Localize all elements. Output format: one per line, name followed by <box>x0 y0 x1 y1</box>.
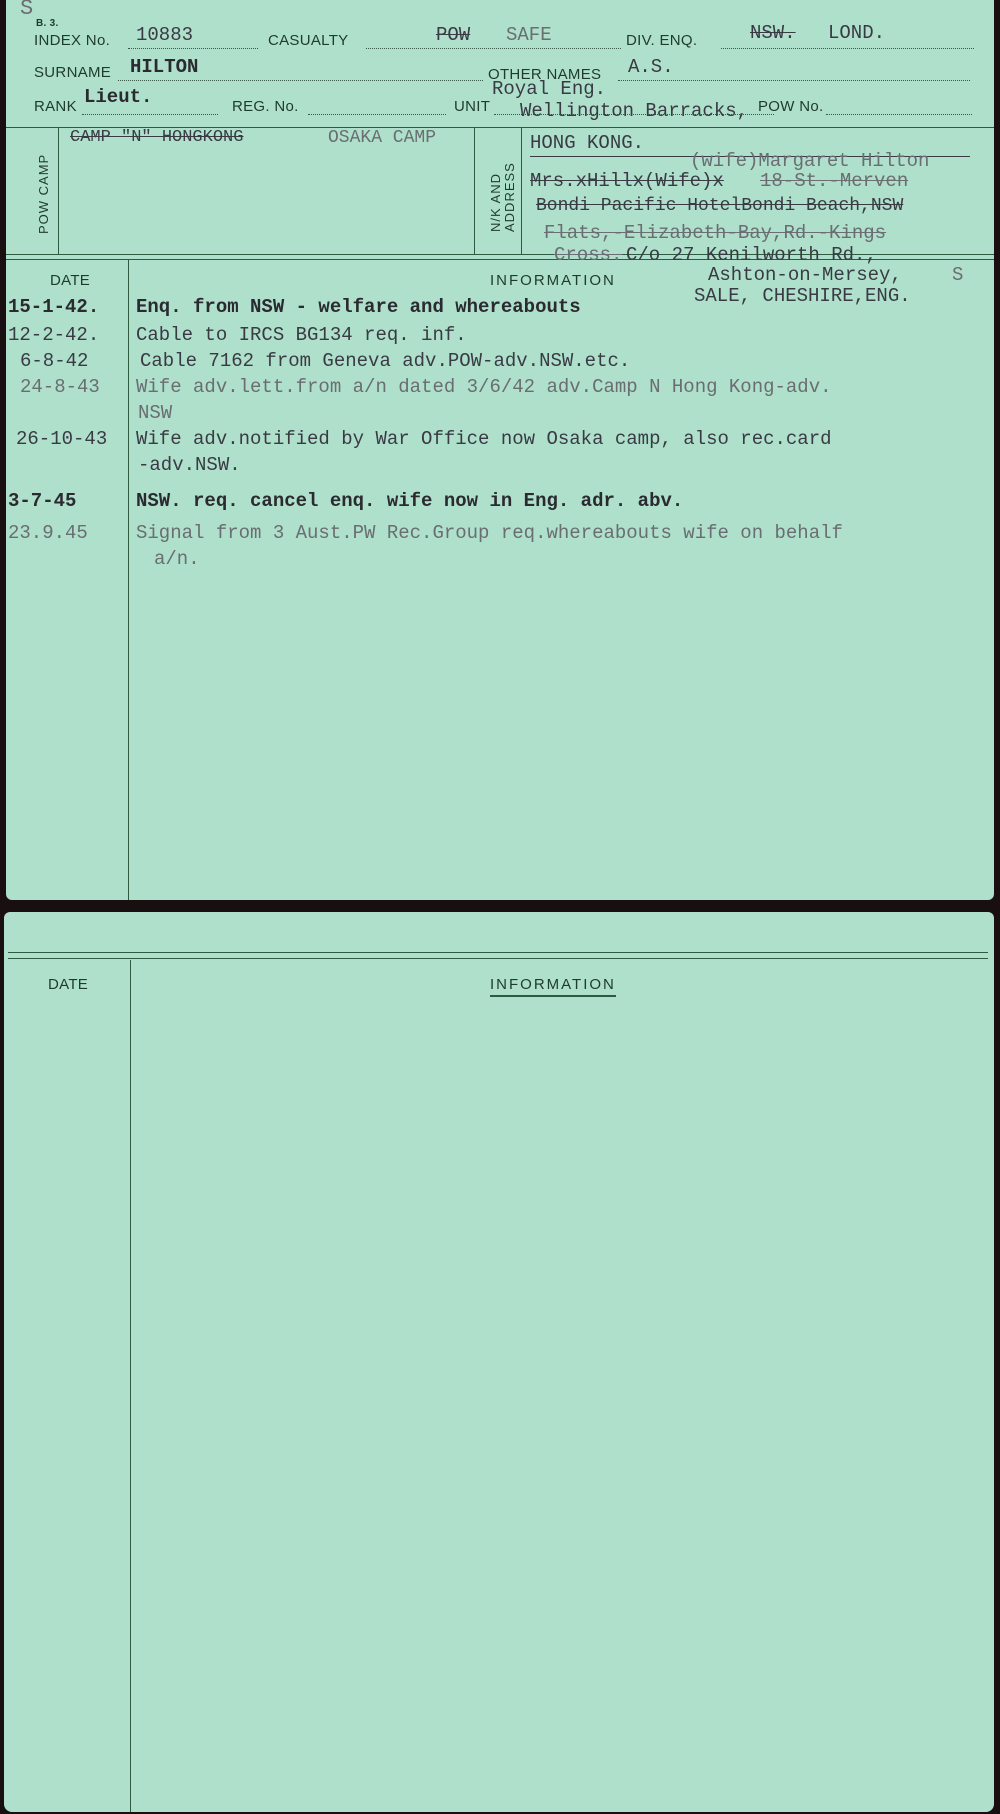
casualty-struck: POW <box>436 24 470 46</box>
nk-line: S <box>952 264 963 286</box>
log-date: 15-1-42. <box>8 296 99 318</box>
log-info: Cable to IRCS BG134 req. inf. <box>136 324 467 346</box>
surname-value: HILTON <box>130 56 198 78</box>
div-enq-value: LOND. <box>828 22 885 44</box>
nk-label-line2: ADDRESS <box>502 162 517 232</box>
nk-line: Mrs.xHillx(Wife)x <box>530 170 724 192</box>
pow-camp-label: POW CAMP <box>36 154 51 234</box>
nk-line: Ashton-on-Mersey, <box>708 264 902 286</box>
rank-label: RANK <box>34 98 77 115</box>
div-enq-label: DIV. ENQ. <box>626 32 697 49</box>
index-card-front: S B. 3. INDEX No. 10883 CASUALTY POW SAF… <box>6 0 994 900</box>
log-date: 26-10-43 <box>16 428 107 450</box>
nk-line: SALE, CHESHIRE,ENG. <box>694 285 911 307</box>
casualty-dots <box>366 48 621 49</box>
reg-no-dots <box>308 114 446 115</box>
log-info-continued: a/n. <box>154 548 200 570</box>
index-value: 10883 <box>136 24 193 46</box>
log-info-continued: -adv.NSW. <box>138 454 241 476</box>
info-header: INFORMATION <box>490 272 616 289</box>
pow-no-dots <box>826 114 972 115</box>
pow-camp-value: OSAKA CAMP <box>328 128 436 148</box>
form-code: B. 3. <box>36 18 59 29</box>
index-card-back: DATE INFORMATION <box>4 912 994 1812</box>
rank-value: Lieut. <box>84 86 152 108</box>
rule <box>8 952 988 953</box>
rank-dots <box>82 114 218 115</box>
corner-mark: S <box>20 0 33 21</box>
pow-no-label: POW No. <box>758 98 823 115</box>
div-enq-struck: NSW. <box>750 22 796 44</box>
nk-line: (wife)Margaret Hilton <box>690 150 929 172</box>
nk-line: C/o 27 Kenilworth Rd., <box>626 244 877 266</box>
index-label: INDEX No. <box>34 32 110 49</box>
nk-line: HONG KONG. <box>530 132 644 154</box>
pow-camp-struck: CAMP "N" HONGKONG <box>70 128 243 147</box>
date-column-rule <box>128 260 129 900</box>
date-column-rule <box>130 960 131 1812</box>
log-info: Enq. from NSW - welfare and whereabouts <box>136 296 581 318</box>
log-info: Cable 7162 from Geneva adv.POW-adv.NSW.e… <box>140 350 630 372</box>
back-date-header: DATE <box>48 976 88 993</box>
other-names-dots <box>618 80 970 81</box>
nk-line: Flats,-Elizabeth-Bay,Rd.-Kings <box>544 222 886 244</box>
div-enq-dots <box>721 48 974 49</box>
nk-label-line1: N/K AND <box>488 173 503 232</box>
log-info-continued: NSW <box>138 402 172 424</box>
casualty-label: CASUALTY <box>268 32 348 49</box>
back-info-header: INFORMATION <box>490 976 616 997</box>
log-date: 6-8-42 <box>20 350 88 372</box>
surname-dots <box>118 80 483 81</box>
log-date: 24-8-43 <box>20 376 100 398</box>
casualty-value: SAFE <box>506 24 552 46</box>
nk-line: Cross. <box>554 244 622 266</box>
index-dots <box>128 48 258 49</box>
log-date: 23.9.45 <box>8 522 88 544</box>
log-info: Wife adv.notified by War Office now Osak… <box>136 428 832 450</box>
log-date: 12-2-42. <box>8 324 99 346</box>
surname-label: SURNAME <box>34 64 111 81</box>
rule <box>8 958 988 959</box>
log-info: NSW. req. cancel enq. wife now in Eng. a… <box>136 490 683 512</box>
nk-line: Bondi Pacific HotelBondi Beach,NSW <box>536 196 903 216</box>
log-info: Signal from 3 Aust.PW Rec.Group req.wher… <box>136 522 843 544</box>
nk-line: 18-St.-Merven <box>760 170 908 192</box>
rule <box>58 128 59 254</box>
reg-no-label: REG. No. <box>232 98 299 115</box>
rule <box>474 128 475 254</box>
unit-value-line1: Royal Eng. <box>492 78 606 100</box>
log-info: Wife adv.lett.from a/n dated 3/6/42 adv.… <box>136 376 832 398</box>
log-date: 3-7-45 <box>8 490 76 512</box>
unit-value-line2: Wellington Barracks, <box>520 100 748 122</box>
other-names-value: A.S. <box>628 56 674 78</box>
rule <box>521 128 522 254</box>
date-header: DATE <box>50 272 90 289</box>
unit-label: UNIT <box>454 98 490 115</box>
